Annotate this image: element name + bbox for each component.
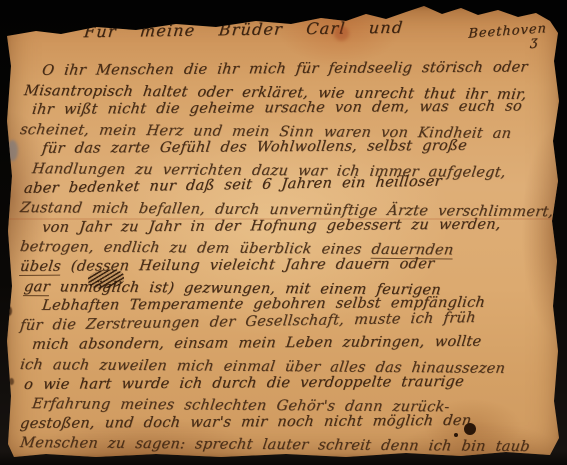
heading-dedication: Für meine Brüder Carl und [83,18,404,41]
manuscript-line: für das zarte Gefühl des Wohlwollens, se… [15,137,555,160]
manuscript-body: O ihr Menschen die ihr mich für feindsee… [16,62,553,454]
heading-author: Beethoven ʒ [468,21,548,54]
manuscript-line: o wie hart wurde ich durch die verdoppel… [15,372,555,395]
manuscript-line: Menschen zu sagen: sprecht lauter schrei… [15,434,554,458]
ink-blot [464,423,476,435]
ink-stroke-mark [126,7,150,16]
manuscript-heading: Für meine Brüder Carl und Beethoven ʒ [6,14,561,58]
rust-stain [334,26,349,41]
scan-artifact-line [6,218,561,220]
scan-background: Für meine Brüder Carl und Beethoven ʒ O … [0,0,567,465]
manuscript-page: Für meine Brüder Carl und Beethoven ʒ O … [6,6,561,458]
ink-speck [9,378,14,385]
ink-smudge [7,140,18,161]
manuscript-line: mich absondern, einsam mein Leben zubrin… [15,333,555,356]
manuscript-line: O ihr Menschen die ihr mich für feindsee… [15,58,555,81]
ink-speck [6,306,12,316]
ink-blot [213,14,232,24]
manuscript-line: ihr wißt nicht die geheime ursache von d… [15,97,555,120]
